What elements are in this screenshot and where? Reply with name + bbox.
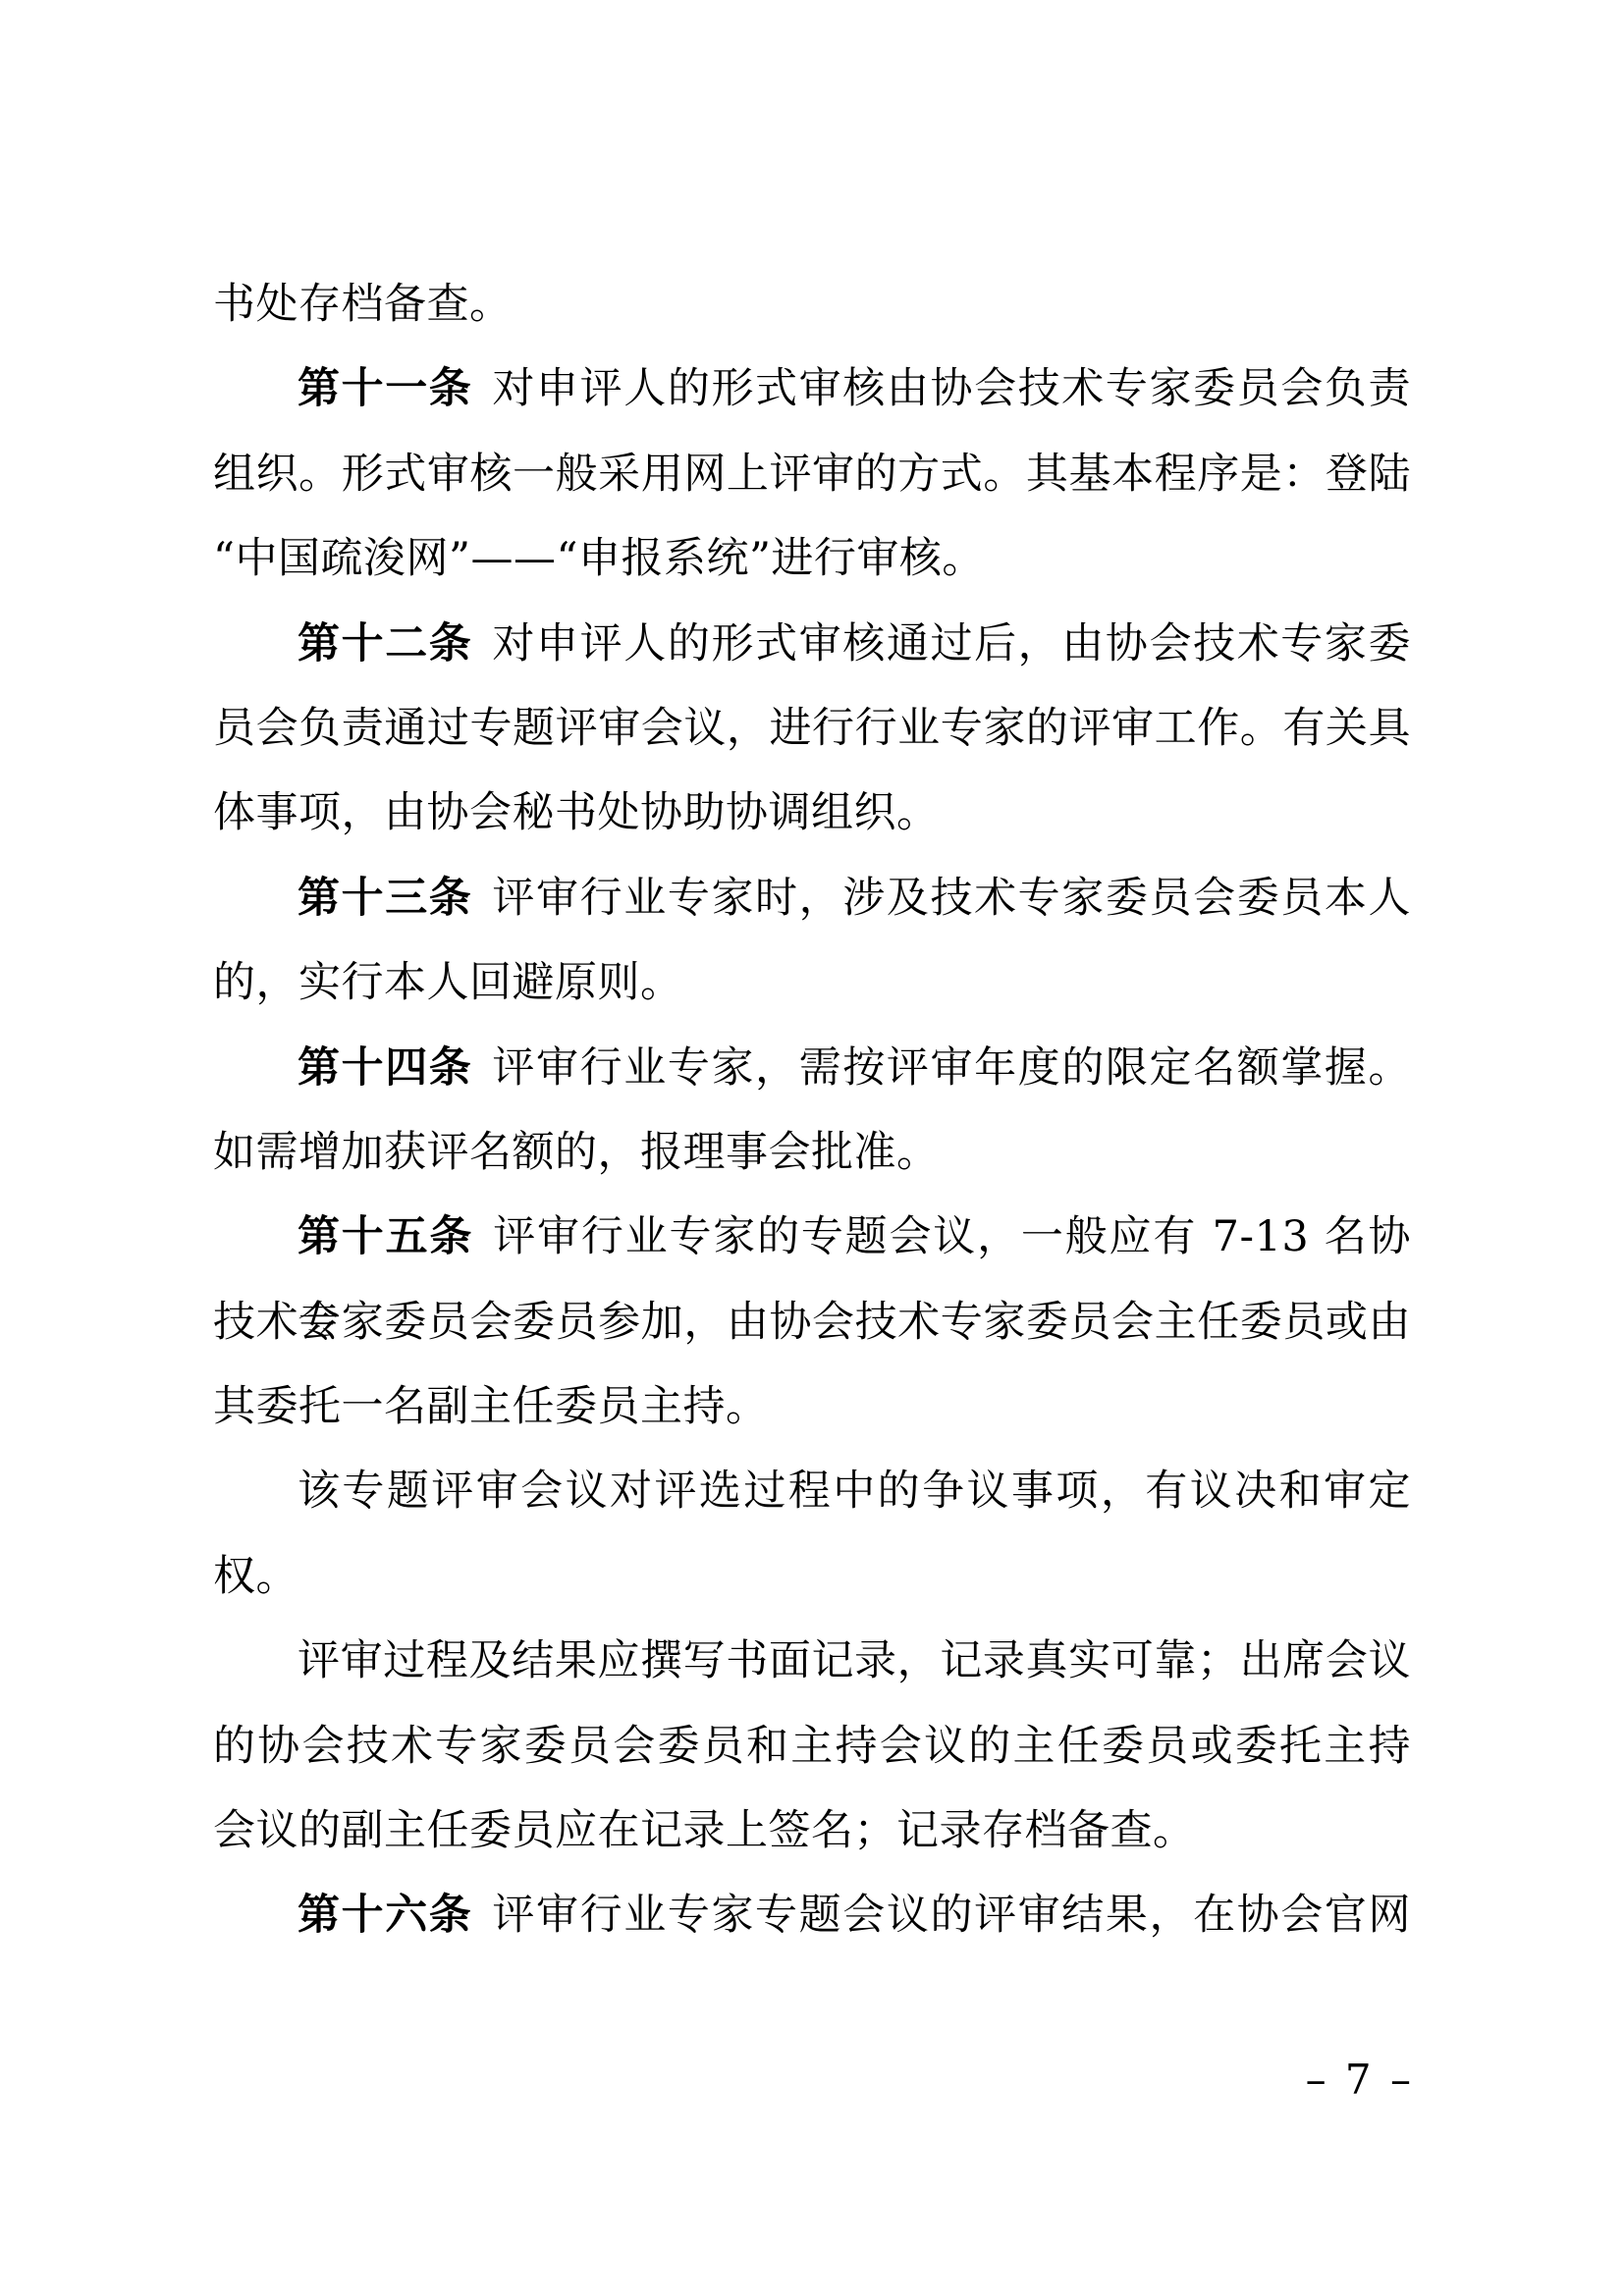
text-line: 的，实行本人回避原则。 bbox=[213, 940, 1411, 1025]
line-text: 员会负责通过专题评审会议，进行行业专家的评审工作。有关具 bbox=[213, 704, 1411, 753]
article-number: 第十六条 bbox=[298, 1891, 472, 1940]
text-line: 组织。形式审核一般采用网上评审的方式。其基本程序是：登陆 bbox=[213, 432, 1411, 516]
line-text: 会议的副主任委员应在记录上签名；记录存档备查。 bbox=[213, 1806, 1196, 1855]
line-text: 权。 bbox=[213, 1552, 298, 1601]
article-number: 第十四条 bbox=[298, 1043, 472, 1093]
text-line: 的协会技术专家委员会委员和主持会议的主任委员或委托主持 bbox=[213, 1704, 1411, 1789]
text-line: 会议的副主任委员应在记录上签名；记录存档备查。 bbox=[213, 1789, 1411, 1873]
line-text: 其委托一名副主任委员主持。 bbox=[213, 1382, 769, 1431]
article-number: 第十三条 bbox=[298, 874, 472, 923]
line-text: 书处存档备查。 bbox=[213, 280, 513, 329]
text-line: 第十五条评审行业专家的专题会议，一般应有 7-13 名协会 bbox=[213, 1195, 1411, 1279]
line-text: 评审过程及结果应撰写书面记录，记录真实可靠；出席会议 bbox=[298, 1636, 1411, 1685]
line-text: 对申评人的形式审核通过后，由协会技术专家委 bbox=[492, 619, 1411, 668]
line-text: 评审行业专家，需按评审年度的限定名额掌握。 bbox=[492, 1043, 1411, 1093]
page-number: – 7 – bbox=[213, 2059, 1414, 2101]
text-line: 第十一条对申评人的形式审核由协会技术专家委员会负责 bbox=[213, 347, 1411, 431]
line-text: 该专题评审会议对评选过程中的争议事项，有议决和审定 bbox=[298, 1467, 1411, 1516]
line-text: 体事项，由协会秘书处协助协调组织。 bbox=[213, 788, 940, 837]
text-line: 如需增加获评名额的，报理事会批准。 bbox=[213, 1110, 1411, 1195]
text-line: 员会负责通过专题评审会议，进行行业专家的评审工作。有关具 bbox=[213, 686, 1411, 771]
line-text: 的，实行本人回避原则。 bbox=[213, 958, 683, 1007]
text-line: 第十三条评审行业专家时，涉及技术专家委员会委员本人 bbox=[213, 856, 1411, 940]
line-text: 的协会技术专家委员会委员和主持会议的主任委员或委托主持 bbox=[213, 1722, 1411, 1771]
line-text: 组织。形式审核一般采用网上评审的方式。其基本程序是：登陆 bbox=[213, 450, 1411, 499]
article-number: 第十二条 bbox=[298, 619, 472, 668]
text-line: 体事项，由协会秘书处协助协调组织。 bbox=[213, 771, 1411, 855]
document-body: 书处存档备查。 第十一条对申评人的形式审核由协会技术专家委员会负责 组织。形式审… bbox=[213, 262, 1411, 1958]
text-line: 权。 bbox=[213, 1534, 1411, 1619]
line-text: 评审行业专家专题会议的评审结果，在协会官网 bbox=[492, 1891, 1411, 1940]
text-line: “中国疏浚网”——“申报系统”进行审核。 bbox=[213, 516, 1411, 601]
line-text: 评审行业专家时，涉及技术专家委员会委员本人 bbox=[492, 874, 1411, 923]
article-number: 第十五条 bbox=[298, 1212, 473, 1261]
text-line: 第十四条评审行业专家，需按评审年度的限定名额掌握。 bbox=[213, 1026, 1411, 1110]
text-line: 评审过程及结果应撰写书面记录，记录真实可靠；出席会议 bbox=[213, 1619, 1411, 1703]
text-line: 书处存档备查。 bbox=[213, 262, 1411, 347]
article-number: 第十一条 bbox=[298, 364, 472, 413]
text-line: 该专题评审会议对评选过程中的争议事项，有议决和审定 bbox=[213, 1449, 1411, 1533]
text-line: 其委托一名副主任委员主持。 bbox=[213, 1364, 1411, 1449]
line-text: 如需增加获评名额的，报理事会批准。 bbox=[213, 1128, 940, 1177]
line-text: “中国疏浚网”——“申报系统”进行审核。 bbox=[213, 534, 985, 583]
text-line: 技术专家委员会委员参加，由协会技术专家委员会主任委员或由 bbox=[213, 1280, 1411, 1364]
text-line: 第十六条评审行业专家专题会议的评审结果，在协会官网 bbox=[213, 1873, 1411, 1957]
line-text: 技术专家委员会委员参加，由协会技术专家委员会主任委员或由 bbox=[213, 1298, 1411, 1347]
line-text: 对申评人的形式审核由协会技术专家委员会负责 bbox=[492, 364, 1411, 413]
document-page: 书处存档备查。 第十一条对申评人的形式审核由协会技术专家委员会负责 组织。形式审… bbox=[0, 0, 1624, 2296]
text-line: 第十二条对申评人的形式审核通过后，由协会技术专家委 bbox=[213, 602, 1411, 686]
